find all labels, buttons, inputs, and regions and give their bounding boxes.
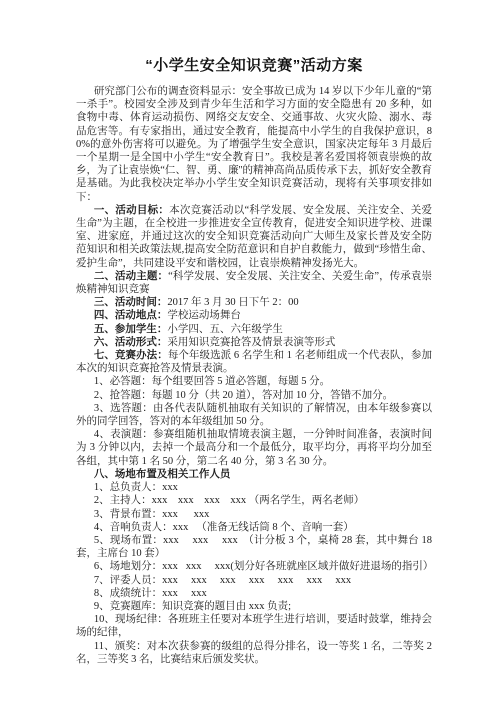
section-place-label: 四、活动地点： <box>94 310 168 321</box>
staff-item-9: 9、竞赛题库：知识竞赛的题目由 xxx 负责; <box>76 600 432 613</box>
document-page: “小学生安全知识竞赛”活动方案 研究部门公布的调查资料显示：安全事故已成为 14… <box>0 0 500 707</box>
staff-item-4: 4、音响负责人：xxx （准备无线话筒 8 个、音响一套） <box>76 521 432 534</box>
section-method: 七、竞赛办法：每个年级选派 6 名学生和 1 名老师组成一个代表队，参加本次的知… <box>76 349 432 375</box>
rule-item-1: 1、必答题：每个组要回答 5 道必答题，每题 5 分。 <box>76 375 432 388</box>
section-theme-label: 二、活动主题： <box>94 271 168 282</box>
rule-item-2: 2、抢答题：每题 10 分（共 20 道），答对加 10 分，答错不加分。 <box>76 389 432 402</box>
staff-item-6: 6、场地划分：xxx xxx xxx(划分好各班就座区域并做好进退场的指引） <box>76 560 432 573</box>
staff-item-10: 10、现场纪律：各班班主任要对本班学生进行培训，要适时鼓掌，维持会场的纪律， <box>76 613 432 639</box>
section-format-label: 六、活动形式： <box>94 337 168 348</box>
rule-item-4: 4、表演题：参赛组随机抽取情境表演主题，一分钟时间准备，表演时间为 3 分钟以内… <box>76 428 432 468</box>
staff-item-1: 1、总负责人：xxx <box>76 481 432 494</box>
section-time-label: 三、活动时间： <box>94 297 168 308</box>
section-goal-label: 一、活动目标： <box>94 205 169 216</box>
section-participants-label: 五、参加学生： <box>94 324 168 335</box>
rule-item-3: 3、选答题：由各代表队随机抽取有关知识的了解情况，由本年级参赛以外的同学回答，答… <box>76 402 432 428</box>
section-place: 四、活动地点：学校运动场舞台 <box>76 309 432 322</box>
section-participants-text: 小学四、五、六年级学生 <box>167 324 283 335</box>
section-method-label: 七、竞赛办法： <box>94 350 168 361</box>
section-venue-heading: 八、场地布置及相关工作人员 <box>76 468 432 481</box>
document-title: “小学生安全知识竞赛”活动方案 <box>76 56 432 76</box>
section-goal: 一、活动目标：本次竞赛活动以“科学发展、安全发展、关注安全、关爱生命”为主题，在… <box>76 204 432 270</box>
section-time-text: 2017 年 3 月 30 日下午 2：00 <box>167 297 298 308</box>
section-place-text: 学校运动场舞台 <box>167 310 241 321</box>
staff-item-7: 7、评委人员：xxx xxx xxx xxx xxx xxx xxx <box>76 574 432 587</box>
section-format: 六、活动形式：采用知识竞赛抢答及情景表演等形式 <box>76 336 432 349</box>
section-theme: 二、活动主题：“科学发展、安全发展、关注安全、关爱生命”，传承袁崇焕精神知识竞赛 <box>76 270 432 296</box>
section-format-text: 采用知识竞赛抢答及情景表演等形式 <box>167 337 335 348</box>
section-time: 三、活动时间：2017 年 3 月 30 日下午 2：00 <box>76 296 432 309</box>
staff-item-5: 5、现场布置：xxx xxx xxx （计分板 3 个，桌椅 28 套，其中舞台… <box>76 534 432 560</box>
staff-item-11: 11、颁奖：对本次获参赛的级组的总得分排名，设一等奖 1 名，二等奖 2 名，三… <box>76 640 432 666</box>
intro-paragraph: 研究部门公布的调查资料显示：安全事故已成为 14 岁以下少年儿童的“第一杀手”。… <box>76 85 432 204</box>
staff-item-3: 3、背景布置：xxx xxx <box>76 508 432 521</box>
staff-item-8: 8、成绩统计：xxx xxx <box>76 587 432 600</box>
section-participants: 五、参加学生：小学四、五、六年级学生 <box>76 323 432 336</box>
staff-item-2: 2、主持人：xxx xxx xxx xxx （两名学生，两名老师） <box>76 494 432 507</box>
